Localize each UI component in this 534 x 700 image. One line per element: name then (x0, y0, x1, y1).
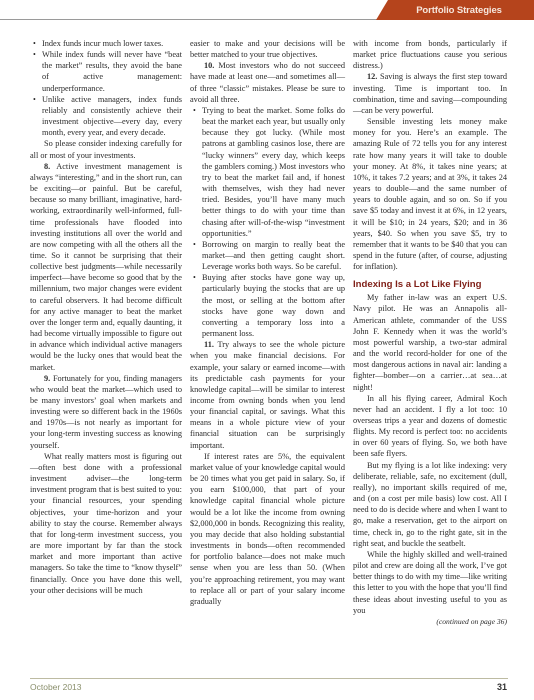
section-banner: Portfolio Strategies (376, 0, 534, 20)
issue-date: October 2013 (30, 682, 82, 692)
section-heading: Indexing Is a Lot Like Flying (353, 279, 507, 291)
paragraph: My father in-law was an expert U.S. Navy… (353, 292, 507, 392)
point-9: 9. Fortunately for you, finding managers… (30, 373, 182, 451)
paragraph: easier to make and your decisions will b… (190, 38, 345, 60)
point-number: 12. (367, 72, 377, 81)
index-fund-benefits-list: Index funds incur much lower taxes. Whil… (30, 38, 182, 138)
paragraph: with income from bonds, particularly if … (353, 38, 507, 71)
point-text: Active investment management is always “… (30, 162, 182, 372)
point-text: Saving is always the first step toward i… (353, 72, 507, 114)
list-item: Unlike active managers, index funds reli… (42, 94, 182, 139)
article-column-3: with income from bonds, particularly if … (353, 38, 507, 627)
classic-mistakes-list: Trying to beat the market. Some folks do… (190, 105, 345, 339)
footer-rule (30, 678, 508, 679)
list-item: Buying after stocks have gone way up, pa… (202, 272, 345, 339)
list-item: Index funds incur much lower taxes. (42, 38, 182, 49)
list-item: While index funds will never have “beat … (42, 49, 182, 94)
point-text: Fortunately for you, finding managers wh… (30, 374, 182, 450)
section-label: Portfolio Strategies (416, 5, 502, 16)
page-number: 31 (497, 682, 507, 692)
paragraph: But my flying is a lot like indexing: ve… (353, 460, 507, 549)
point-10: 10. Most investors who do not succeed ha… (190, 60, 345, 105)
list-item: Trying to beat the market. Some folks do… (202, 105, 345, 239)
paragraph: What really matters most is figuring out… (30, 451, 182, 596)
point-12: 12. Saving is always the first step towa… (353, 71, 507, 116)
point-text: Most investors who do not succeed have m… (190, 61, 345, 103)
point-8: 8. Active investment management is alway… (30, 161, 182, 373)
article-column-1: Index funds incur much lower taxes. Whil… (30, 38, 182, 596)
paragraph: If interest rates are 5%, the equivalent… (190, 451, 345, 607)
point-number: 10. (204, 61, 214, 70)
continued-link[interactable]: (continued on page 36) (353, 616, 507, 627)
list-item: Borrowing on margin to really beat the m… (202, 239, 345, 272)
point-11: 11. Try always to see the whole picture … (190, 339, 345, 451)
paragraph: So please consider indexing carefully fo… (30, 138, 182, 160)
point-number: 11. (204, 340, 214, 349)
paragraph: While the highly skilled and well-traine… (353, 549, 507, 616)
paragraph: Sensible investing lets money make money… (353, 116, 507, 272)
article-column-2: easier to make and your decisions will b… (190, 38, 345, 607)
paragraph: In all his flying career, Admiral Koch n… (353, 393, 507, 460)
point-text: Try always to see the whole picture when… (190, 340, 345, 449)
